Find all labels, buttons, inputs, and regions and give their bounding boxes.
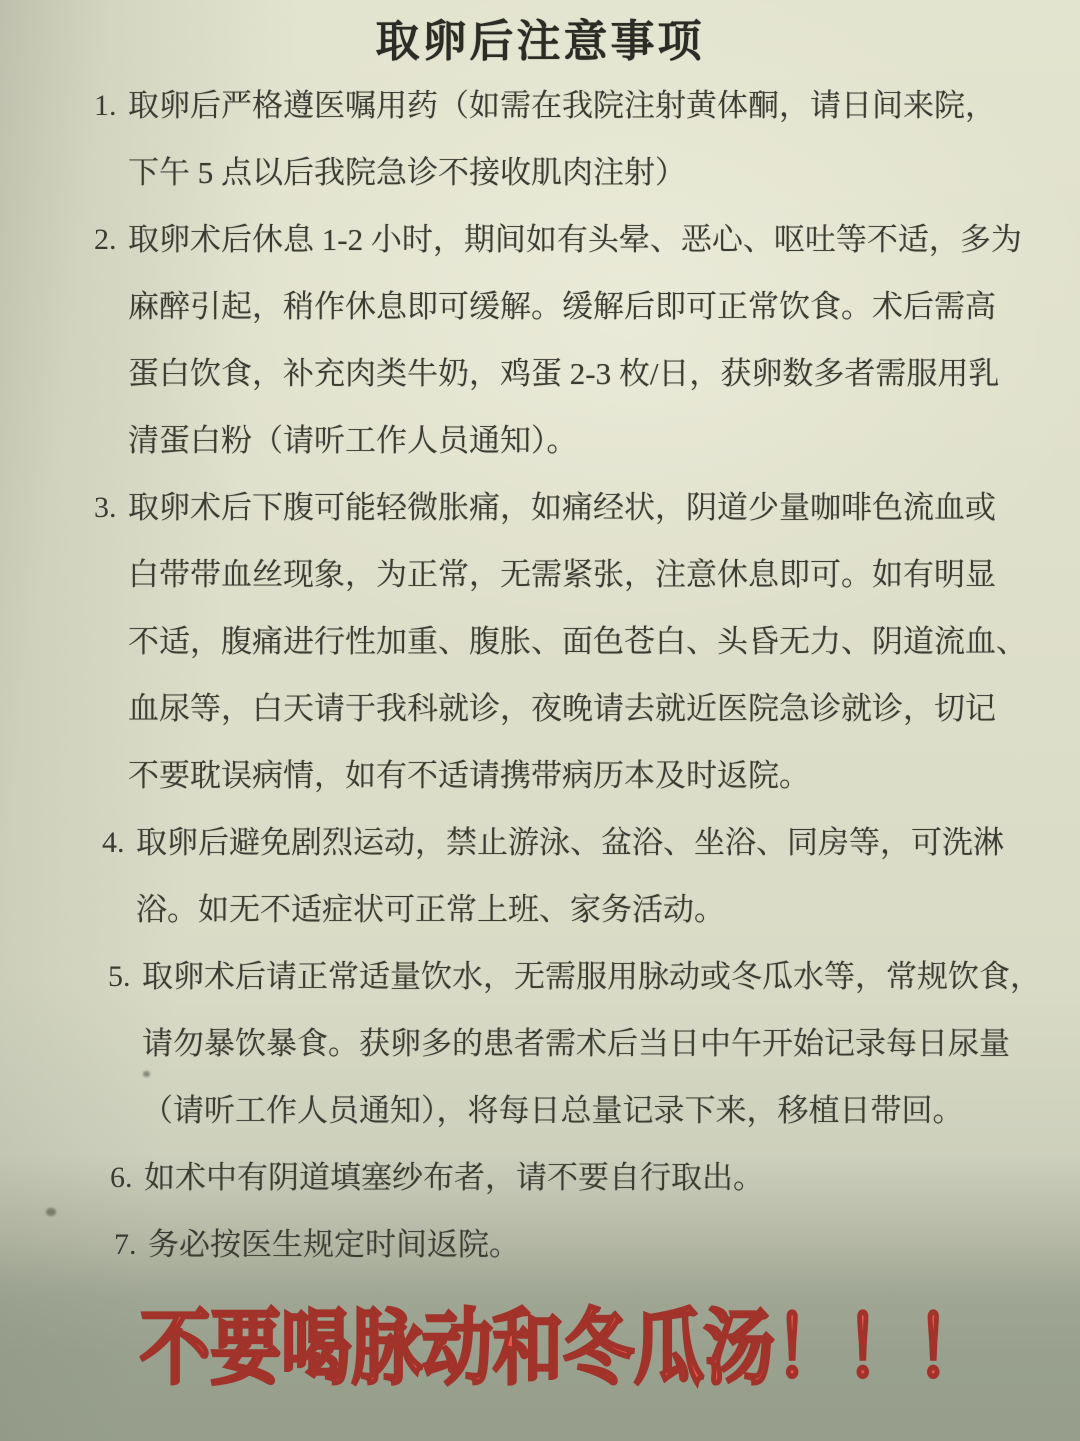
item-line: 取卵术后请正常适量饮水，无需服用脉动或冬瓜水等，常规饮食， bbox=[142, 943, 1080, 1010]
item-line: 血尿等，白天请于我科就诊，夜晚请去就近医院急诊就诊，切记 bbox=[128, 675, 1080, 742]
item-number: 2. bbox=[94, 206, 117, 273]
paper-speck bbox=[143, 1071, 150, 1077]
item-line: （请听工作人员通知），将每日总量记录下来，移植日带回。 bbox=[142, 1077, 1080, 1144]
item-line: 取卵后严格遵医嘱用药（如需在我院注射黄体酮，请日间来院， bbox=[128, 72, 1080, 139]
item-line: 白带带血丝现象，为正常，无需紧张，注意休息即可。如有明显 bbox=[128, 541, 1080, 608]
item-line: 浴。如无不适症状可正常上班、家务活动。 bbox=[136, 876, 1080, 943]
list-item-1: 1. 取卵后严格遵医嘱用药（如需在我院注射黄体酮，请日间来院， 下午 5 点以后… bbox=[0, 72, 1080, 206]
item-number: 3. bbox=[94, 474, 117, 541]
list-item-3: 3. 取卵术后下腹可能轻微胀痛，如痛经状，阴道少量咖啡色流血或 白带带血丝现象，… bbox=[0, 474, 1080, 809]
item-number: 1. bbox=[94, 72, 117, 139]
item-line: 清蛋白粉（请听工作人员通知）。 bbox=[128, 407, 1080, 474]
notice-list: 1. 取卵后严格遵医嘱用药（如需在我院注射黄体酮，请日间来院， 下午 5 点以后… bbox=[0, 72, 1080, 1278]
item-line: 不适，腹痛进行性加重、腹胀、面色苍白、头昏无力、阴道流血、 bbox=[128, 608, 1080, 675]
item-line: 取卵术后下腹可能轻微胀痛，如痛经状，阴道少量咖啡色流血或 bbox=[128, 474, 1080, 541]
item-line: 麻醉引起，稍作休息即可缓解。缓解后即可正常饮食。术后需高 bbox=[128, 273, 1080, 340]
item-line: 取卵术后休息 1-2 小时，期间如有头晕、恶心、呕吐等不适，多为 bbox=[128, 206, 1080, 273]
page-title: 取卵后注意事项 bbox=[0, 0, 1080, 68]
list-item-5: 5. 取卵术后请正常适量饮水，无需服用脉动或冬瓜水等，常规饮食， 请勿暴饮暴食。… bbox=[14, 943, 1080, 1144]
item-number: 6. bbox=[110, 1144, 133, 1211]
item-number: 4. bbox=[102, 809, 125, 876]
document-photo: 取卵后注意事项 1. 取卵后严格遵医嘱用药（如需在我院注射黄体酮，请日间来院， … bbox=[0, 0, 1080, 1441]
item-line: 不要耽误病情，如有不适请携带病历本及时返院。 bbox=[128, 742, 1080, 809]
list-item-7: 7. 务必按医生规定时间返院。 bbox=[20, 1211, 1080, 1278]
item-line: 请勿暴饮暴食。获卵多的患者需术后当日中午开始记录每日尿量 bbox=[142, 1010, 1080, 1077]
item-line: 蛋白饮食，补充肉类牛奶，鸡蛋 2-3 枚/日，获卵数多者需服用乳 bbox=[128, 340, 1080, 407]
item-line: 务必按医生规定时间返院。 bbox=[148, 1211, 1080, 1278]
list-item-2: 2. 取卵术后休息 1-2 小时，期间如有头晕、恶心、呕吐等不适，多为 麻醉引起… bbox=[0, 206, 1080, 474]
warning-text: 不要喝脉动和冬瓜汤！！！ bbox=[140, 1297, 986, 1401]
paper-speck bbox=[46, 1208, 56, 1216]
list-item-6: 6. 如术中有阴道填塞纱布者，请不要自行取出。 bbox=[16, 1144, 1080, 1211]
item-line: 如术中有阴道填塞纱布者，请不要自行取出。 bbox=[144, 1144, 1080, 1211]
item-number: 7. bbox=[114, 1211, 137, 1278]
item-line: 取卵后避免剧烈运动，禁止游泳、盆浴、坐浴、同房等，可洗淋 bbox=[136, 809, 1080, 876]
item-number: 5. bbox=[108, 943, 131, 1010]
list-item-4: 4. 取卵后避免剧烈运动，禁止游泳、盆浴、坐浴、同房等，可洗淋 浴。如无不适症状… bbox=[8, 809, 1080, 943]
item-line: 下午 5 点以后我院急诊不接收肌肉注射） bbox=[128, 139, 1080, 206]
